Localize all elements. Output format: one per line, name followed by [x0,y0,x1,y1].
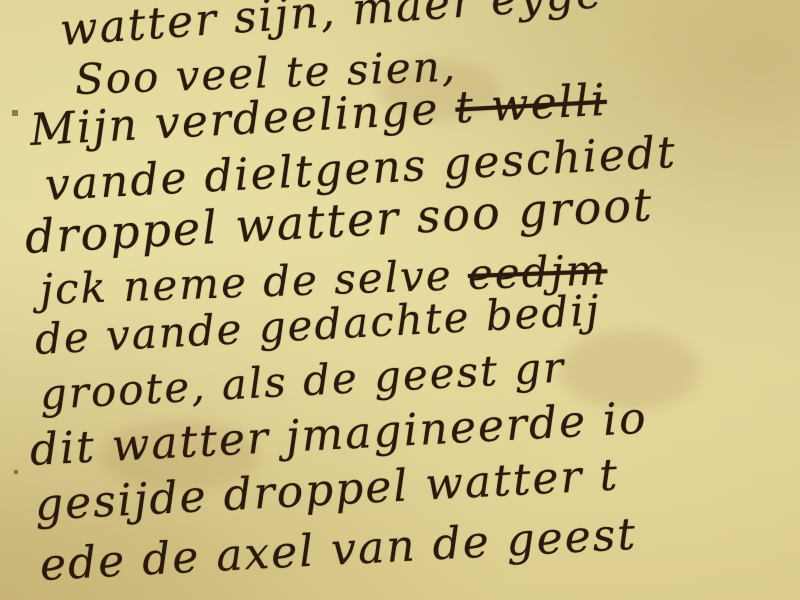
manuscript-page: watter sijn, maer eyge Soo veel te sien,… [0,0,800,600]
struck-text: t welli [454,75,608,134]
margin-mark [14,470,18,474]
margin-mark [12,110,18,116]
